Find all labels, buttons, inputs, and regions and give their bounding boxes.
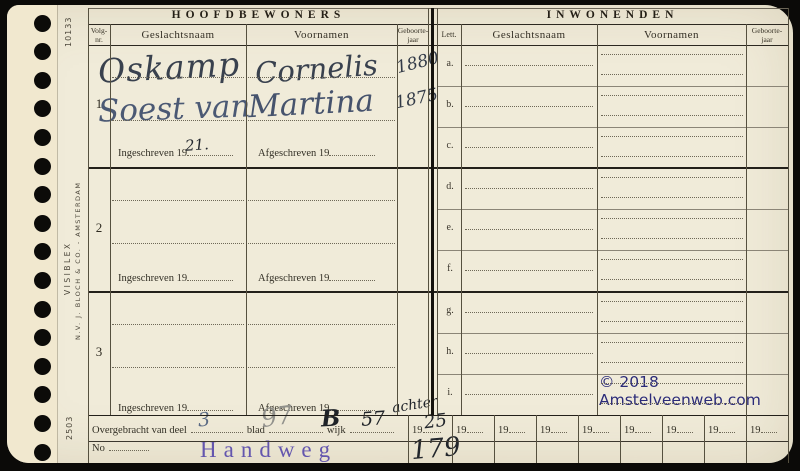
writing-dotline bbox=[601, 321, 743, 322]
year-cell-dotline bbox=[467, 420, 483, 433]
grid-vline bbox=[704, 415, 705, 463]
grid-vline bbox=[494, 415, 495, 463]
colhead-volgnr: Volg- nr. bbox=[88, 27, 110, 44]
handwritten-surname-1: Oskamp bbox=[97, 44, 241, 90]
year-cell-label: 19 bbox=[750, 425, 761, 436]
colhead-lett: Lett. bbox=[437, 31, 461, 40]
manufacturer-line: N.V. J. BLOCH & CO. - AMSTERDAM bbox=[74, 160, 82, 340]
grid-vline bbox=[597, 24, 598, 415]
grid-vline bbox=[620, 415, 621, 463]
grid-vline bbox=[746, 415, 747, 463]
year-cell: 19 bbox=[708, 420, 742, 438]
writing-dotline bbox=[465, 147, 593, 148]
writing-dotline bbox=[465, 312, 593, 313]
writing-dotline bbox=[601, 177, 743, 178]
colhead-geboortejaar-right-line2: jaar bbox=[746, 36, 788, 45]
writing-dotline bbox=[601, 54, 743, 55]
grid-hline bbox=[88, 24, 788, 26]
grid-hline bbox=[88, 441, 788, 442]
punch-hole bbox=[34, 329, 51, 346]
punch-hole bbox=[34, 444, 51, 461]
block-number-2: 2 bbox=[88, 220, 110, 236]
grid-vline bbox=[110, 24, 111, 415]
grid-hline bbox=[88, 167, 788, 169]
grid-hline bbox=[437, 127, 788, 128]
writing-dotline bbox=[112, 243, 244, 244]
card-serial-top: 10133 bbox=[64, 7, 73, 47]
writing-dotline bbox=[465, 353, 593, 354]
writing-dotline bbox=[248, 200, 395, 201]
writing-dotline bbox=[248, 120, 395, 121]
ingeschreven-label-3: Ingeschreven 19 bbox=[118, 398, 233, 414]
year-cell-label: 19 bbox=[708, 425, 719, 436]
year-cell-dotline bbox=[509, 420, 525, 433]
year-cell: 19 bbox=[582, 420, 616, 438]
grid-hline bbox=[88, 415, 788, 417]
ingeschreven-dotline-3 bbox=[187, 398, 233, 411]
writing-dotline bbox=[465, 106, 593, 107]
writing-dotline bbox=[465, 270, 593, 271]
ingeschreven-dotline-2 bbox=[187, 268, 233, 281]
year-cell: 19 bbox=[624, 420, 658, 438]
year-cell-dotline bbox=[551, 420, 567, 433]
handwritten-surname-2: Soest van bbox=[97, 88, 251, 129]
afgeschreven-label-2: Afgeschreven 19 bbox=[258, 268, 375, 284]
grid-vline bbox=[788, 8, 789, 463]
handwritten-wijk: B bbox=[320, 405, 341, 433]
writing-dotline bbox=[248, 367, 395, 368]
grid-vline bbox=[452, 415, 453, 463]
punch-hole bbox=[34, 186, 51, 203]
writing-dotline bbox=[601, 362, 743, 363]
grid-hline bbox=[437, 250, 788, 251]
inwonenden-row-letter: g. bbox=[441, 305, 459, 316]
grid-hline bbox=[88, 8, 788, 9]
year-cell: 19 bbox=[456, 420, 490, 438]
colhead-geslachtsnaam-right: Geslachtsnaam bbox=[461, 29, 597, 41]
punch-hole bbox=[34, 43, 51, 60]
afgeschreven-text-2: Afgeschreven 19 bbox=[258, 273, 329, 284]
year-cell-dotline bbox=[761, 420, 777, 433]
writing-dotline bbox=[601, 74, 743, 75]
grid-vline bbox=[246, 24, 247, 415]
inwonenden-row-letter: d. bbox=[441, 181, 459, 192]
year-cell-label: 19 bbox=[456, 425, 467, 436]
year-cell: 19 bbox=[750, 420, 784, 438]
year-cell-dotline bbox=[635, 420, 651, 433]
colhead-volgnr-line2: nr. bbox=[88, 36, 110, 45]
year-cell-label: 19 bbox=[624, 425, 635, 436]
year-cell-dotline bbox=[677, 420, 693, 433]
handwritten-firstname-2: Martina bbox=[247, 83, 375, 126]
year-cell-label: 19 bbox=[540, 425, 551, 436]
inwonenden-row-letter: h. bbox=[441, 346, 459, 357]
writing-dotline bbox=[601, 95, 743, 96]
writing-dotline bbox=[601, 218, 743, 219]
inwonenden-row-letter: b. bbox=[441, 99, 459, 110]
writing-dotline bbox=[465, 229, 593, 230]
writing-dotline bbox=[248, 243, 395, 244]
inwonenden-row-letter: c. bbox=[441, 140, 459, 151]
punch-hole bbox=[34, 129, 51, 146]
handwritten-deel: 3 bbox=[197, 409, 211, 432]
colhead-geslachtsnaam-left: Geslachtsnaam bbox=[110, 29, 246, 41]
writing-dotline bbox=[601, 403, 743, 404]
punch-hole bbox=[34, 215, 51, 232]
inwonenden-row-letter: e. bbox=[441, 222, 459, 233]
writing-dotline bbox=[248, 77, 395, 78]
afgeschreven-label-1: Afgeschreven 19 bbox=[258, 143, 375, 159]
inwonenden-row-letter: a. bbox=[441, 58, 459, 69]
punch-hole bbox=[34, 415, 51, 432]
writing-dotline bbox=[601, 383, 743, 384]
grid-hline bbox=[88, 45, 788, 47]
ingeschreven-text-2: Ingeschreven 19 bbox=[118, 273, 187, 284]
writing-dotline bbox=[112, 324, 244, 325]
colhead-voornamen-right: Voornamen bbox=[597, 29, 746, 41]
grid-vline bbox=[536, 415, 537, 463]
writing-dotline bbox=[112, 120, 244, 121]
colhead-geboortejaar-left: Geboorte- jaar bbox=[397, 27, 429, 44]
punch-hole bbox=[34, 272, 51, 289]
grid-vline bbox=[746, 24, 747, 415]
writing-dotline bbox=[601, 259, 743, 260]
colhead-geboortejaar-left-line2: jaar bbox=[397, 36, 429, 45]
grid-hline bbox=[88, 291, 788, 293]
writing-dotline bbox=[601, 342, 743, 343]
grid-hline bbox=[437, 209, 788, 210]
writing-dotline bbox=[248, 324, 395, 325]
writing-dotline bbox=[112, 77, 244, 78]
writing-dotline bbox=[601, 301, 743, 302]
ingeschreven-label-1: Ingeschreven 19 bbox=[118, 143, 233, 159]
grid-vline bbox=[662, 415, 663, 463]
section-title-hoofdbewoners: HOOFDBEWONERS bbox=[88, 9, 429, 21]
grid-vline bbox=[428, 8, 429, 415]
writing-dotline bbox=[465, 188, 593, 189]
writing-dotline bbox=[601, 156, 743, 157]
writing-dotline bbox=[601, 238, 743, 239]
ingeschreven-text-3: Ingeschreven 19 bbox=[118, 403, 187, 414]
year-cell-dotline bbox=[423, 420, 441, 433]
grid-hline bbox=[437, 333, 788, 334]
afgeschreven-dotline-1 bbox=[329, 143, 375, 156]
handwritten-no: 57 bbox=[360, 407, 386, 431]
punch-hole bbox=[34, 301, 51, 318]
block-number-3: 3 bbox=[88, 344, 110, 360]
grid-vline bbox=[408, 415, 409, 463]
year-cell: 19 bbox=[540, 420, 574, 438]
punch-hole bbox=[34, 158, 51, 175]
card-serial-bottom: 2503 bbox=[65, 400, 74, 440]
register-card-scan: 10133 VISIBLEX N.V. J. BLOCH & CO. - AMS… bbox=[0, 0, 800, 471]
punch-hole bbox=[34, 72, 51, 89]
punch-hole bbox=[34, 15, 51, 32]
year-cell-dotline bbox=[593, 420, 609, 433]
ingeschreven-label-2: Ingeschreven 19 bbox=[118, 268, 233, 284]
writing-dotline bbox=[112, 200, 244, 201]
year-cell-label: 19 bbox=[498, 425, 509, 436]
writing-dotline bbox=[465, 65, 593, 66]
writing-dotline bbox=[601, 136, 743, 137]
inwonenden-row-letter: i. bbox=[441, 387, 459, 398]
year-cell-dotline bbox=[719, 420, 735, 433]
card-seam bbox=[57, 5, 58, 463]
overgebracht-label: Overgebracht van deel bbox=[92, 425, 187, 436]
year-cell: 19 bbox=[666, 420, 700, 438]
grid-hline bbox=[437, 374, 788, 375]
year-cell-label: 19 bbox=[666, 425, 677, 436]
handwritten-blad-pencil: 97 bbox=[259, 400, 295, 433]
afgeschreven-text-1: Afgeschreven 19 bbox=[258, 148, 329, 159]
handwritten-ingeschreven-year: 21. bbox=[184, 135, 209, 155]
colhead-voornamen-left: Voornamen bbox=[246, 29, 397, 41]
colhead-geboortejaar-right: Geboorte- jaar bbox=[746, 27, 788, 44]
grid-vline bbox=[431, 8, 434, 415]
writing-dotline bbox=[601, 197, 743, 198]
grid-vline bbox=[397, 24, 398, 415]
afgeschreven-dotline-2 bbox=[329, 268, 375, 281]
grid-vline bbox=[461, 24, 462, 415]
grid-hline bbox=[437, 86, 788, 87]
no-label: No bbox=[92, 443, 105, 454]
grid-vline bbox=[88, 8, 89, 463]
inwonenden-row-letter: f. bbox=[441, 263, 459, 274]
grid-vline bbox=[437, 8, 438, 415]
manufacturer-brand: VISIBLEX bbox=[63, 165, 72, 295]
year-cell: 19 bbox=[412, 420, 448, 438]
section-title-inwonenden: INWONENDEN bbox=[437, 9, 788, 21]
writing-dotline bbox=[601, 279, 743, 280]
year-cell-label: 19 bbox=[582, 425, 593, 436]
writing-dotline bbox=[465, 394, 593, 395]
writing-dotline bbox=[601, 115, 743, 116]
punch-hole bbox=[34, 358, 51, 375]
year-cell-label: 19 bbox=[412, 425, 423, 436]
writing-dotline bbox=[112, 367, 244, 368]
ingeschreven-text-1: Ingeschreven 19 bbox=[118, 148, 187, 159]
grid-vline bbox=[578, 415, 579, 463]
year-cell: 19 bbox=[498, 420, 532, 438]
